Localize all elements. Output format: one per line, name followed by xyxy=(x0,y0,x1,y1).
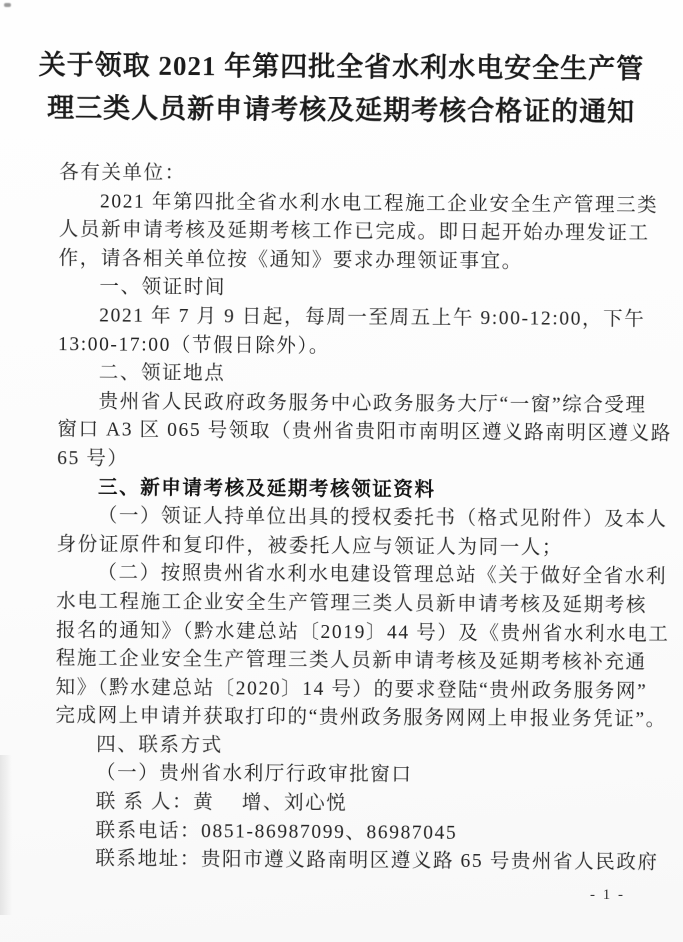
section-2-line: 贵州省人民政府政务服务中心政务服务大厅“一窗”综合受理 xyxy=(58,388,645,421)
section-1-heading: 一、领证时间 xyxy=(58,273,645,306)
contact-person-line: 联 系 人：黄 增、刘心悦 xyxy=(55,788,642,821)
section-2-heading: 二、领证地点 xyxy=(58,359,645,392)
section-3-line: （二）按照贵州省水利水电建设管理总站《关于做好全省水利 xyxy=(56,559,643,592)
notice-body: 各有关单位： 2021 年第四批全省水利水电工程施工企业安全生产管理三类 人员新… xyxy=(54,159,646,878)
page-number: - 1 - xyxy=(590,887,625,904)
scanned-notice-page: 关于领取 2021 年第四批全省水利水电安全生产管 理三类人员新申请考核及延期考… xyxy=(0,0,683,942)
contact-address-line: 联系地址：贵阳市遵义路南明区遵义路 65 号贵州省人民政府 xyxy=(54,845,641,878)
section-3-line: 身份证原件和复印件，被委托人应与领证人为同一人； xyxy=(57,531,644,564)
document-sheet: 关于领取 2021 年第四批全省水利水电安全生产管 理三类人员新申请考核及延期考… xyxy=(0,0,683,878)
section-3-line: 知》（黔水建总站〔2020〕14 号）的要求登陆“贵州政务服务网” xyxy=(56,674,643,707)
notice-title: 关于领取 2021 年第四批全省水利水电安全生产管 理三类人员新申请考核及延期考… xyxy=(38,44,646,134)
notice-title-line-1: 关于领取 2021 年第四批全省水利水电安全生产管 xyxy=(38,44,645,91)
section-3-line: 报名的通知》（黔水建总站〔2019〕44 号）及《贵州省水利水电工 xyxy=(56,617,643,650)
section-3-heading: 三、新申请考核及延期考核领证资料 xyxy=(57,474,644,507)
section-4-heading: 四、联系方式 xyxy=(55,731,642,764)
section-3-line: 程施工企业安全生产管理三类人员新申请考核及延期考核补充通 xyxy=(56,645,643,678)
intro-line: 人员新申请考核及延期考核工作已完成。即日起开始办理发证工 xyxy=(59,216,646,249)
section-3-line: （一）领证人持单位出具的授权委托书（格式见附件）及本人 xyxy=(57,502,644,535)
section-2-line: 65 号） xyxy=(57,445,644,478)
section-3-line: 水电工程施工企业安全生产管理三类人员新申请考核及延期考核 xyxy=(56,588,643,621)
intro-line: 作，请各相关单位按《通知》要求办理领证事宜。 xyxy=(59,245,646,278)
section-1-line: 2021 年 7 月 9 日起，每周一至周五上午 9:00-12:00，下午 xyxy=(58,302,645,335)
contact-window-line: （一）贵州省水利厅行政审批窗口 xyxy=(55,760,642,793)
section-1-line: 13:00-17:00（节假日除外）。 xyxy=(58,331,645,364)
intro-line: 2021 年第四批全省水利水电工程施工企业安全生产管理三类 xyxy=(59,188,646,221)
notice-title-line-2: 理三类人员新申请考核及延期考核合格证的通知 xyxy=(38,87,645,134)
contact-phone-line: 联系电话：0851-86987099、86987045 xyxy=(55,817,642,850)
section-3-line: 完成网上申请并获取打印的“贵州政务服务网网上申报业务凭证”。 xyxy=(55,702,642,735)
section-2-line: 窗口 A3 区 065 号领取（贵州省贵阳市南明区遵义路南明区遵义路 xyxy=(57,416,644,449)
salutation: 各有关单位： xyxy=(59,159,646,192)
